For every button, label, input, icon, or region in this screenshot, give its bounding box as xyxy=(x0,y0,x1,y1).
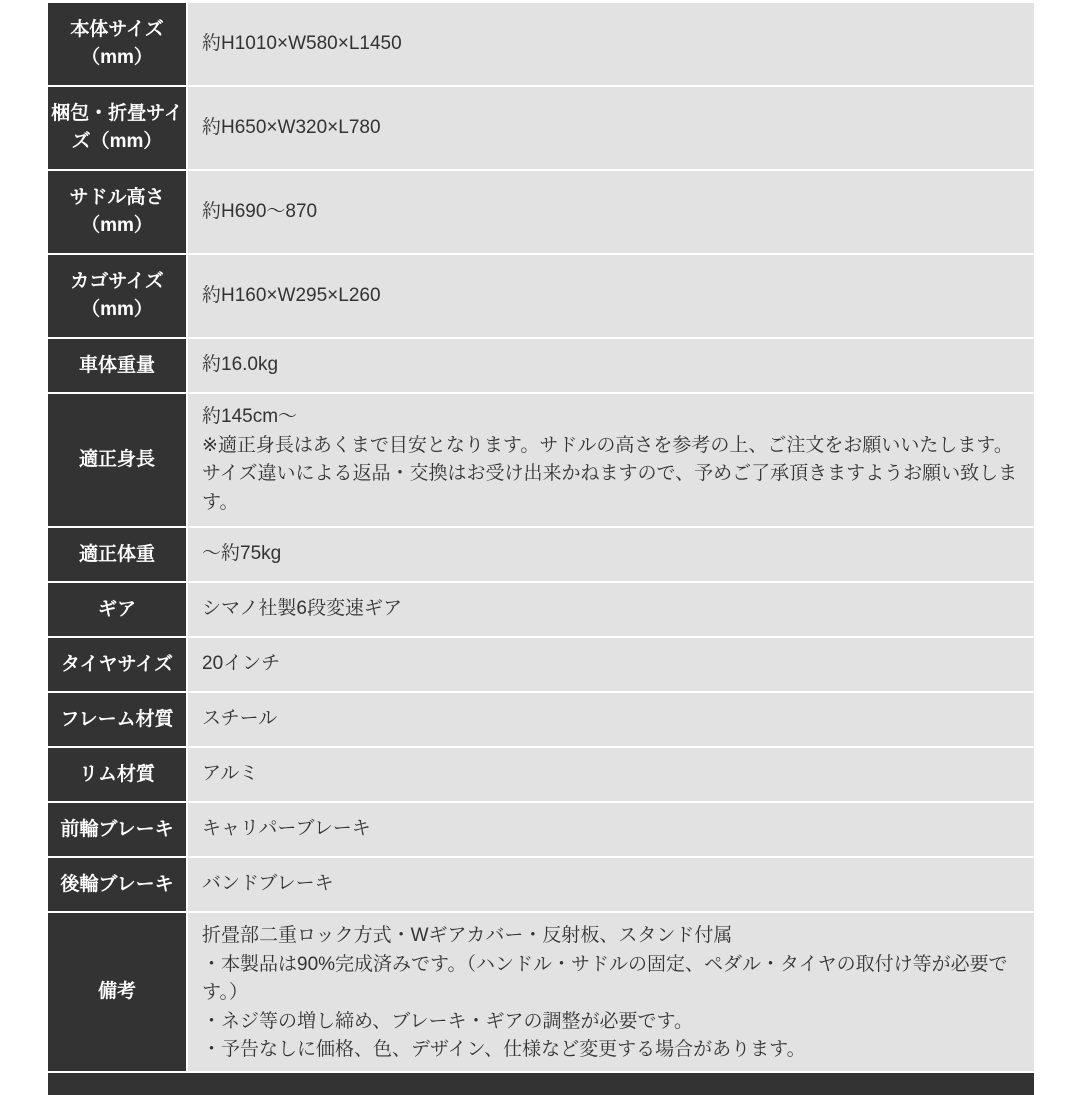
spec-row-remarks: 備考 折畳部二重ロック方式・Wギアカバー・反射板、スタンド付属 ・本製品は90%… xyxy=(48,913,1034,1066)
spec-row-label: ギア xyxy=(48,583,186,636)
spec-row-saddle-height: サドル高さ （mm） 約H690～870 xyxy=(48,171,1034,253)
spec-row-value: 20インチ xyxy=(188,638,1034,691)
spec-row-rim-material: リム材質 アルミ xyxy=(48,748,1034,801)
spec-row-value: 約16.0kg xyxy=(188,339,1034,392)
spec-row-front-brake: 前輪ブレーキ キャリパーブレーキ xyxy=(48,803,1034,856)
spec-row-body-size: 本体サイズ （mm） 約H1010×W580×L1450 xyxy=(48,3,1034,85)
spec-row-value: アルミ xyxy=(188,748,1034,801)
spec-row-label: カゴサイズ （mm） xyxy=(48,255,186,337)
spec-row-label: サドル高さ （mm） xyxy=(48,171,186,253)
spec-row-label: 前輪ブレーキ xyxy=(48,803,186,856)
spec-row-rear-brake: 後輪ブレーキ バンドブレーキ xyxy=(48,858,1034,911)
spec-row-label: 適正体重 xyxy=(48,528,186,581)
spec-row-label: 後輪ブレーキ xyxy=(48,858,186,911)
spec-row-rider-weight: 適正体重 ～約75kg xyxy=(48,528,1034,581)
spec-row-value: 約H1010×W580×L1450 xyxy=(188,3,1034,85)
spec-row-label: リム材質 xyxy=(48,748,186,801)
spec-row-value: 折畳部二重ロック方式・Wギアカバー・反射板、スタンド付属 ・本製品は90%完成済… xyxy=(188,913,1034,1066)
spec-row-tire-size: タイヤサイズ 20インチ xyxy=(48,638,1034,691)
spec-row-value: 約H160×W295×L260 xyxy=(188,255,1034,337)
spec-row-frame-material: フレーム材質 スチール xyxy=(48,693,1034,746)
spec-row-value: 約H690～870 xyxy=(188,171,1034,253)
spec-row-value: キャリパーブレーキ xyxy=(188,803,1034,856)
spec-row-label: 車体重量 xyxy=(48,339,186,392)
spec-row-label: フレーム材質 xyxy=(48,693,186,746)
spec-row-packed-size: 梱包・折畳サイ ズ（mm） 約H650×W320×L780 xyxy=(48,87,1034,169)
spec-row-value: バンドブレーキ xyxy=(188,858,1034,911)
product-spec-table: 本体サイズ （mm） 約H1010×W580×L1450 梱包・折畳サイ ズ（m… xyxy=(48,3,1034,1066)
spec-row-value: シマノ社製6段変速ギア xyxy=(188,583,1034,636)
spec-row-value: 約H650×W320×L780 xyxy=(188,87,1034,169)
spec-row-label: 梱包・折畳サイ ズ（mm） xyxy=(48,87,186,169)
spec-row-basket-size: カゴサイズ （mm） 約H160×W295×L260 xyxy=(48,255,1034,337)
spec-row-rider-height: 適正身長 約145cm～ ※適正身長はあくまで目安となります。サドルの高さを参考… xyxy=(48,394,1034,526)
spec-row-label: 適正身長 xyxy=(48,394,186,526)
spec-row-value: ～約75kg xyxy=(188,528,1034,581)
spec-row-value: 約145cm～ ※適正身長はあくまで目安となります。サドルの高さを参考の上、ご注… xyxy=(188,394,1034,526)
spec-row-gear: ギア シマノ社製6段変速ギア xyxy=(48,583,1034,636)
spec-row-label: 備考 xyxy=(48,913,186,1066)
spec-row-value: スチール xyxy=(188,693,1034,746)
spec-row-label: 本体サイズ （mm） xyxy=(48,3,186,85)
spec-row-label: タイヤサイズ xyxy=(48,638,186,691)
spec-row-weight: 車体重量 約16.0kg xyxy=(48,339,1034,392)
